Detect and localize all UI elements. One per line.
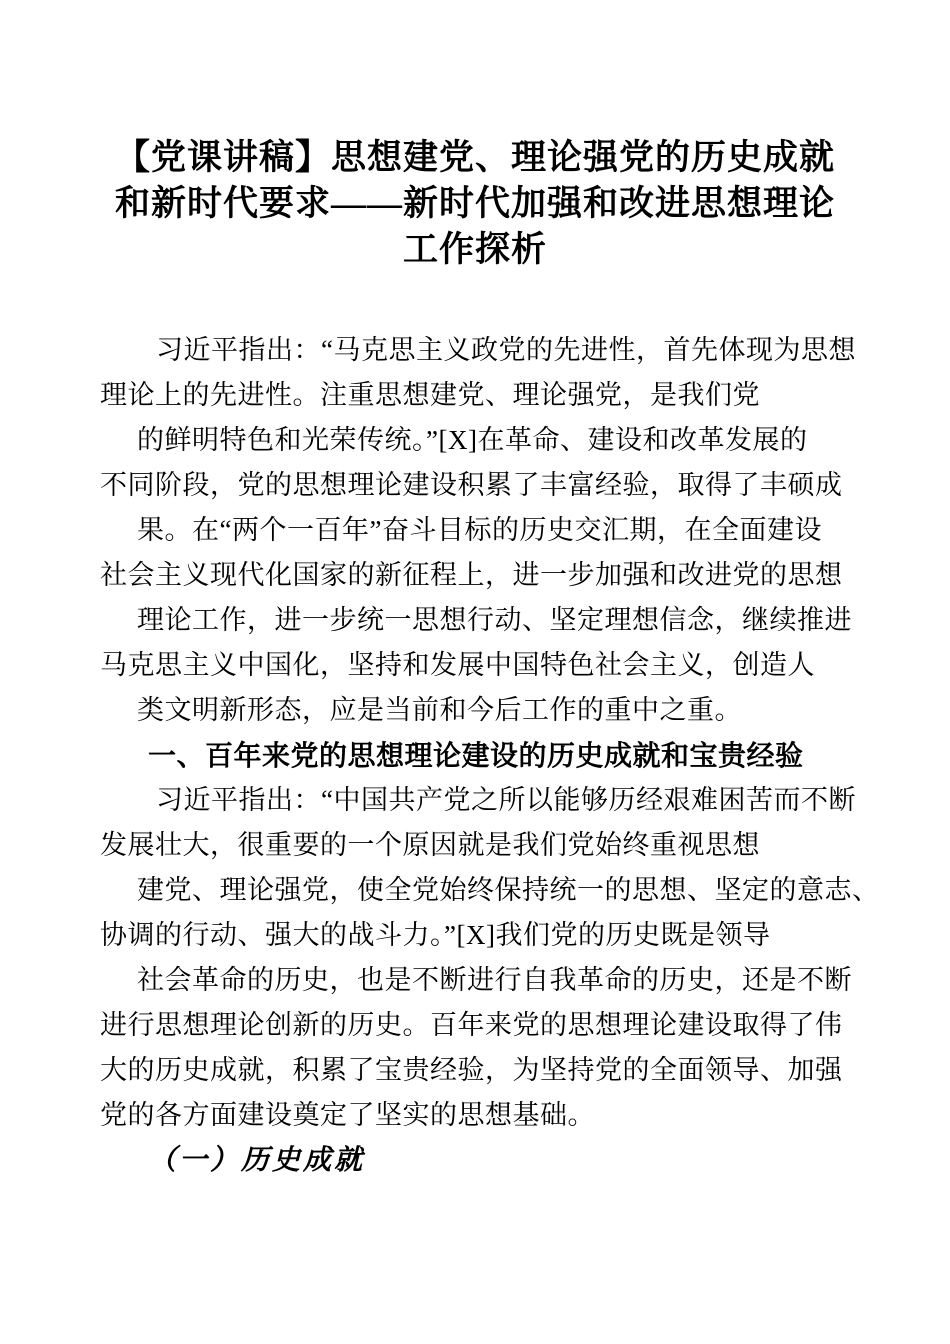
document-title: 【党课讲稿】思想建党、理论强党的历史成就 和新时代要求——新时代加强和改进思想理… xyxy=(0,0,950,273)
section-heading-1: 一、百年来党的思想理论建设的历史成就和宝贵经验 xyxy=(100,733,860,778)
title-line-1: 【党课讲稿】思想建党、理论强党的历史成就 xyxy=(0,135,950,181)
paragraph2-line: 进行思想理论创新的历史。百年来党的思想理论建设取得了伟 xyxy=(100,1003,860,1048)
title-line-3: 工作探析 xyxy=(0,227,950,273)
paragraph2-line: 建党、理论强党，使全党始终保持统一的思想、坚定的意志、 xyxy=(100,868,860,913)
paragraph1-line: 马克思主义中国化，坚持和发展中国特色社会主义，创造人 xyxy=(100,643,860,688)
paragraph2-line: 发展壮大，很重要的一个原因就是我们党始终重视思想 xyxy=(100,823,860,868)
title-line-2: 和新时代要求——新时代加强和改进思想理论 xyxy=(0,181,950,227)
paragraph2-line: 协调的行动、强大的战斗力。”[X]我们党的历史既是领导 xyxy=(100,913,860,958)
paragraph1-line: 社会主义现代化国家的新征程上，进一步加强和改进党的思想 xyxy=(100,553,860,598)
paragraph2-line: 习近平指出：“中国共产党之所以能够历经艰难困苦而不断 xyxy=(100,778,860,823)
paragraph1-line: 理论工作，进一步统一思想行动、坚定理想信念，继续推进 xyxy=(100,598,860,643)
paragraph2-line: 社会革命的历史，也是不断进行自我革命的历史，还是不断 xyxy=(100,958,860,1003)
document-body: 习近平指出：“马克思主义政党的先进性，首先体现为思想 理论上的先进性。注重思想建… xyxy=(0,328,950,1183)
paragraph1-line: 的鲜明特色和光荣传统。”[X]在革命、建设和改革发展的 xyxy=(100,418,860,463)
paragraph2-line: 党的各方面建设奠定了坚实的思想基础。 xyxy=(100,1093,860,1138)
paragraph1-line: 习近平指出：“马克思主义政党的先进性，首先体现为思想 xyxy=(100,328,860,373)
paragraph1-line: 果。在“两个一百年”奋斗目标的历史交汇期，在全面建设 xyxy=(100,508,860,553)
paragraph2-line: 大的历史成就，积累了宝贵经验，为坚持党的全面领导、加强 xyxy=(100,1048,860,1093)
paragraph1-line: 理论上的先进性。注重思想建党、理论强党，是我们党 xyxy=(100,373,860,418)
paragraph1-line: 类文明新形态，应是当前和今后工作的重中之重。 xyxy=(100,688,860,733)
section-heading-2: （一）历史成就 xyxy=(100,1138,860,1183)
document-page: 【党课讲稿】思想建党、理论强党的历史成就 和新时代要求——新时代加强和改进思想理… xyxy=(0,0,950,1344)
paragraph1-line: 不同阶段，党的思想理论建设积累了丰富经验，取得了丰硕成 xyxy=(100,463,860,508)
